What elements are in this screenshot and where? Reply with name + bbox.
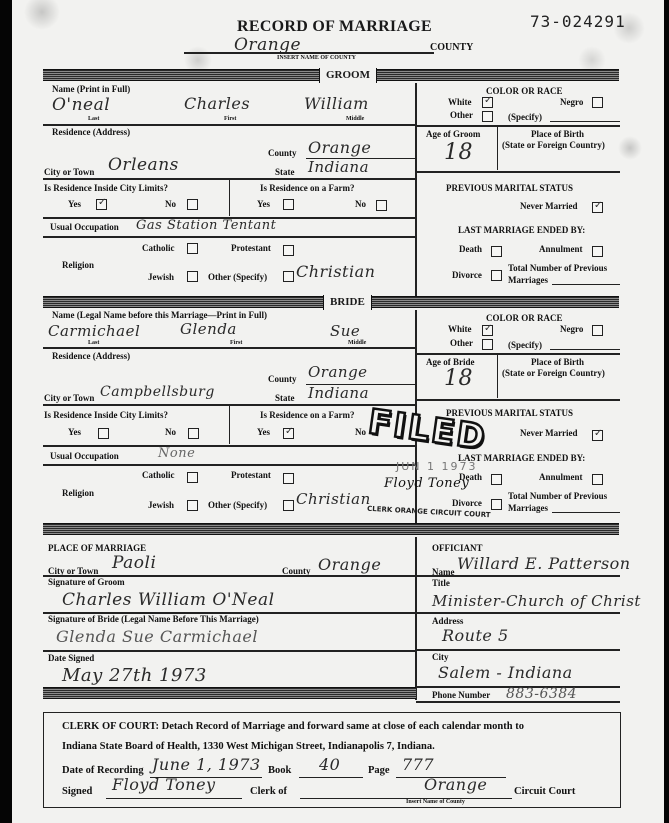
clerk-signature: Floyd Toney: [112, 775, 216, 794]
bride-inside-city-no-checkbox[interactable]: [188, 428, 199, 439]
bride-specify-label: (Specify): [508, 340, 542, 350]
groom-religion-label: Religion: [62, 260, 94, 270]
clerk-of-label: Clerk of: [250, 786, 287, 797]
bride-city-label: City or Town: [44, 393, 94, 403]
bride-section-bar: BRIDE: [43, 296, 619, 308]
underline: [550, 121, 620, 122]
bride-white-checkbox[interactable]: [482, 325, 493, 336]
bride-other-race-checkbox[interactable]: [482, 339, 493, 350]
groom-protestant-checkbox[interactable]: [283, 245, 294, 256]
groom-first-name: Charles: [184, 94, 250, 113]
divider: [416, 353, 620, 355]
bride-white-label: White: [448, 324, 472, 334]
clerk-of-county-value: Orange: [424, 775, 487, 794]
bride-inside-city-label: Is Residence Inside City Limits?: [44, 410, 168, 420]
divider: [416, 575, 620, 577]
clerk-instruction-line2: Indiana State Board of Health, 1330 West…: [62, 741, 435, 752]
document-title: RECORD OF MARRIAGE: [237, 18, 432, 36]
bride-religion-other-value: Christian: [296, 490, 371, 508]
groom-section-label: GROOM: [319, 68, 377, 83]
header-county-line: [184, 52, 434, 54]
bride-divorce-label: Divorce: [452, 498, 482, 508]
bride-inside-no-label: No: [165, 427, 176, 437]
groom-signature-label: Signature of Groom: [48, 577, 125, 587]
place-column-divider: [415, 537, 417, 700]
groom-jewish-label: Jewish: [148, 272, 174, 282]
circuit-court-label: Circuit Court: [514, 786, 575, 797]
groom-age-value: 18: [444, 140, 473, 165]
bride-other-religion-checkbox[interactable]: [283, 500, 294, 511]
bride-other-religion-label: Other (Specify): [208, 500, 267, 510]
date-signed-value: May 27th 1973: [62, 665, 207, 686]
divider: [416, 612, 620, 614]
place-section-bar: [43, 523, 619, 535]
groom-farm-yes-checkbox[interactable]: [283, 199, 294, 210]
groom-inside-city-yes-checkbox[interactable]: [96, 199, 107, 210]
divider: [229, 180, 230, 216]
groom-middle-caption: Middle: [346, 116, 364, 122]
divider: [43, 445, 416, 447]
place-city-value: Paoli: [112, 553, 156, 573]
bride-catholic-checkbox[interactable]: [187, 472, 198, 483]
groom-annulment-label: Annulment: [539, 244, 583, 254]
groom-age-label: Age of Groom: [426, 129, 480, 139]
date-of-recording-value: June 1, 1973: [152, 755, 261, 774]
bride-race-label: COLOR OR RACE: [486, 313, 563, 323]
groom-other-religion-label: Other (Specify): [208, 272, 267, 282]
divider: [416, 399, 620, 401]
bottom-section-bar: [43, 687, 416, 699]
divider: [43, 464, 416, 466]
officiant-name-value: Willard E. Patterson: [457, 554, 631, 573]
clerk-county-caption: Insert Name of County: [406, 799, 465, 805]
underline: [552, 512, 620, 513]
groom-farm-no-checkbox[interactable]: [376, 200, 387, 211]
groom-county-label: County: [268, 148, 297, 158]
divider: [416, 701, 620, 703]
groom-city-value: Orleans: [108, 155, 179, 175]
record-number: 73-024291: [530, 12, 626, 31]
bride-catholic-label: Catholic: [142, 470, 175, 480]
groom-residence-label: Residence (Address): [52, 127, 130, 137]
bride-negro-label: Negro: [560, 324, 583, 334]
bride-birthplace-sub: (State or Foreign Country): [502, 368, 605, 378]
page-value: 777: [402, 755, 434, 774]
header-county-label: COUNTY: [430, 42, 473, 53]
date-signed-label: Date Signed: [48, 653, 94, 663]
bride-annulment-label: Annulment: [539, 472, 583, 482]
groom-catholic-label: Catholic: [142, 243, 175, 253]
groom-inside-yes-label: Yes: [68, 199, 81, 209]
bride-signature: Glenda Sue Carmichael: [56, 627, 258, 646]
groom-farm-yes-label: Yes: [257, 199, 270, 209]
bride-state-label: State: [275, 393, 295, 403]
bride-divorce-checkbox[interactable]: [491, 499, 502, 510]
groom-divorce-checkbox[interactable]: [491, 270, 502, 281]
bride-religion-label: Religion: [62, 488, 94, 498]
bride-never-married-checkbox[interactable]: [592, 430, 603, 441]
groom-race-label: COLOR OR RACE: [486, 86, 563, 96]
clerk-of-court-box: CLERK OF COURT: Detach Record of Marriag…: [43, 712, 621, 808]
book-label: Book: [268, 765, 291, 776]
groom-birthplace-sub: (State or Foreign Country): [502, 140, 605, 150]
groom-farm-no-label: No: [355, 199, 366, 209]
groom-divorce-label: Divorce: [452, 270, 482, 280]
groom-never-married-label: Never Married: [520, 201, 578, 211]
bride-county-value: Orange: [308, 363, 368, 381]
bride-first-name: Glenda: [180, 320, 237, 338]
bride-last-name: Carmichael: [48, 322, 140, 340]
groom-other-race-label: Other: [450, 110, 473, 120]
groom-protestant-label: Protestant: [231, 243, 271, 253]
divider: [43, 236, 416, 238]
groom-name-label: Name (Print in Full): [52, 84, 130, 94]
groom-last-ended-label: LAST MARRIAGE ENDED BY:: [458, 225, 585, 235]
officiant-city-value: Salem - Indiana: [438, 663, 573, 682]
bride-birthplace-label: Place of Birth: [531, 357, 584, 367]
bride-farm-yes-label: Yes: [257, 427, 270, 437]
groom-jewish-checkbox[interactable]: [187, 271, 198, 282]
divider: [43, 347, 416, 349]
bride-inside-yes-label: Yes: [68, 427, 81, 437]
filed-stamp-date: JUN 1 1973: [396, 460, 478, 473]
divider: [416, 171, 620, 173]
divider: [43, 650, 416, 652]
divider: [416, 125, 620, 127]
groom-inside-city-label: Is Residence Inside City Limits?: [44, 183, 168, 193]
bride-marriages-label: Marriages: [508, 503, 548, 513]
scan-edge-left: [0, 0, 12, 823]
underline: [550, 349, 620, 350]
place-section-label: PLACE OF MARRIAGE: [48, 543, 146, 553]
bride-first-caption: First: [230, 340, 242, 346]
groom-catholic-checkbox[interactable]: [187, 243, 198, 254]
groom-section-bar: GROOM: [43, 69, 619, 81]
groom-signature: Charles William O'Neal: [62, 590, 275, 610]
bride-state-value: Indiana: [308, 384, 369, 402]
bride-middle-name: Sue: [330, 322, 360, 340]
bride-total-prev-label: Total Number of Previous: [508, 491, 607, 501]
groom-occupation-value: Gas Station Tentant: [136, 218, 276, 233]
scan-edge-right: [664, 0, 669, 823]
groom-other-race-checkbox[interactable]: [482, 111, 493, 122]
bride-signature-label: Signature of Bride (Legal Name Before Th…: [48, 614, 259, 624]
page-label: Page: [368, 765, 390, 776]
groom-middle-name: William: [304, 94, 369, 113]
groom-negro-label: Negro: [560, 97, 583, 107]
bride-death-checkbox[interactable]: [491, 474, 502, 485]
groom-city-label: City or Town: [44, 167, 94, 177]
bride-annulment-checkbox[interactable]: [592, 474, 603, 485]
groom-death-checkbox[interactable]: [491, 246, 502, 257]
bride-middle-caption: Middle: [348, 340, 366, 346]
bride-inside-city-yes-checkbox[interactable]: [98, 428, 109, 439]
groom-state-value: Indiana: [308, 158, 369, 176]
groom-white-label: White: [448, 97, 472, 107]
officiant-city-label: City: [432, 652, 449, 662]
book-value: 40: [319, 755, 340, 774]
groom-county-value: Orange: [308, 138, 371, 157]
bride-name-label: Name (Legal Name before this Marriage—Pr…: [52, 310, 267, 320]
signed-label: Signed: [62, 786, 92, 797]
officiant-title-value: Minister-Church of Christ: [432, 592, 641, 610]
place-county-value: Orange: [318, 555, 381, 574]
underline: [552, 284, 620, 285]
groom-inside-no-label: No: [165, 199, 176, 209]
officiant-phone-label: Phone Number: [432, 690, 490, 700]
bride-farm-yes-checkbox[interactable]: [283, 428, 294, 439]
groom-death-label: Death: [459, 244, 482, 254]
groom-never-married-checkbox[interactable]: [592, 202, 603, 213]
underline: [106, 798, 242, 799]
bride-never-married-label: Never Married: [520, 428, 578, 438]
bride-city-value: Campbellsburg: [100, 384, 215, 400]
groom-inside-city-no-checkbox[interactable]: [187, 199, 198, 210]
bride-occupation-value: None: [158, 446, 195, 461]
groom-prev-status-label: PREVIOUS MARITAL STATUS: [446, 183, 573, 193]
groom-column-divider: [415, 83, 417, 296]
bride-section-label: BRIDE: [323, 295, 372, 310]
groom-last-caption: Last: [88, 116, 99, 122]
underline: [299, 777, 363, 778]
bride-other-race-label: Other: [450, 338, 473, 348]
groom-last-name: O'neal: [52, 95, 110, 115]
header-county-caption: INSERT NAME OF COUNTY: [277, 55, 356, 61]
bride-county-label: County: [268, 374, 297, 384]
bride-jewish-label: Jewish: [148, 500, 174, 510]
divider: [43, 124, 416, 126]
divider: [497, 126, 498, 170]
groom-marriages-label: Marriages: [508, 275, 548, 285]
bride-residence-label: Residence (Address): [52, 351, 130, 361]
groom-white-checkbox[interactable]: [482, 97, 493, 108]
groom-state-label: State: [275, 167, 295, 177]
officiant-address-value: Route 5: [442, 626, 509, 645]
divider: [229, 406, 230, 444]
divider: [497, 354, 498, 398]
divider: [416, 649, 620, 651]
bride-protestant-label: Protestant: [231, 470, 271, 480]
groom-birthplace-label: Place of Birth: [531, 129, 584, 139]
officiant-title-label: Title: [432, 578, 450, 588]
bride-jewish-checkbox[interactable]: [187, 500, 198, 511]
groom-religion-other-value: Christian: [296, 262, 375, 281]
groom-occupation-label: Usual Occupation: [50, 222, 119, 232]
clerk-instruction-line1: CLERK OF COURT: Detach Record of Marriag…: [62, 721, 524, 732]
groom-specify-label: (Specify): [508, 112, 542, 122]
groom-first-caption: First: [224, 116, 236, 122]
groom-farm-label: Is Residence on a Farm?: [260, 183, 355, 193]
bride-farm-label: Is Residence on a Farm?: [260, 410, 355, 420]
groom-total-prev-label: Total Number of Previous: [508, 263, 607, 273]
bride-negro-checkbox[interactable]: [592, 325, 603, 336]
officiant-phone-value: 883-6384: [506, 686, 577, 702]
bride-occupation-label: Usual Occupation: [50, 451, 119, 461]
bride-farm-no-label: No: [355, 427, 366, 437]
marriage-record-document: RECORD OF MARRIAGE 73-024291 Orange COUN…: [12, 0, 664, 823]
groom-annulment-checkbox[interactable]: [592, 246, 603, 257]
bride-last-caption: Last: [88, 340, 99, 346]
groom-negro-checkbox[interactable]: [592, 97, 603, 108]
officiant-address-label: Address: [432, 616, 463, 626]
groom-other-religion-checkbox[interactable]: [283, 271, 294, 282]
bride-protestant-checkbox[interactable]: [283, 473, 294, 484]
bride-age-value: 18: [444, 366, 473, 391]
officiant-section-label: OFFICIANT: [432, 543, 483, 553]
filed-stamp-signature: Floyd Toney: [384, 476, 469, 491]
